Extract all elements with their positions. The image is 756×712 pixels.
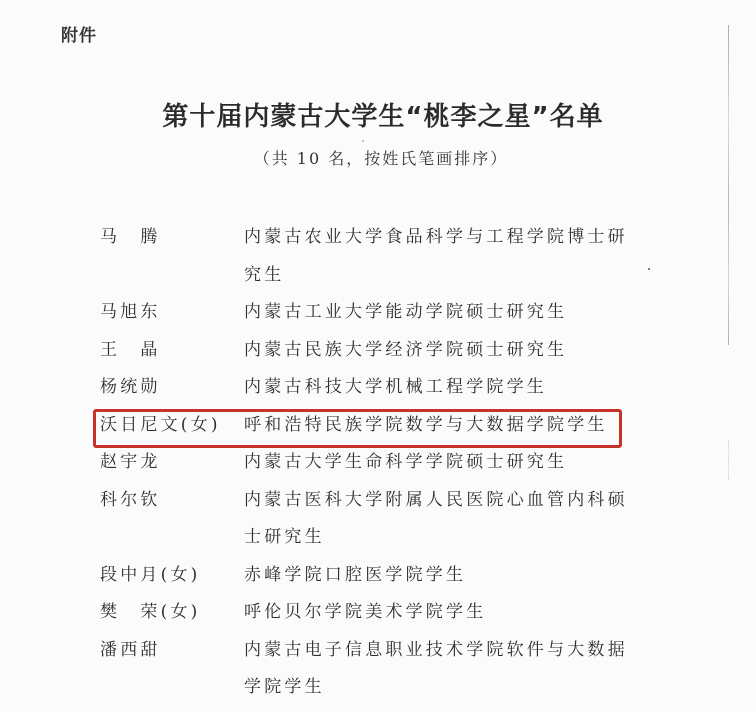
list-item: 马旭东 内蒙古工业大学能动学院硕士研究生 xyxy=(100,294,660,332)
entry-name: 王 晶 xyxy=(100,332,244,370)
winner-list: 马 腾 内蒙古农业大学食品科学与工程学院博士研究生 马旭东 内蒙古工业大学能动学… xyxy=(100,219,660,707)
page-edge-line xyxy=(728,440,729,480)
list-item: 科尔钦 内蒙古医科大学附属人民医院心血管内科硕士研究生 xyxy=(100,482,660,557)
entry-name: 杨统勋 xyxy=(100,369,244,407)
list-item: 赵宇龙 内蒙古大学生命科学学院硕士研究生 xyxy=(100,444,660,482)
entry-affiliation: 内蒙古大学生命科学学院硕士研究生 xyxy=(244,444,639,482)
document-subtitle: （共 10 名，按姓氏笔画排序） xyxy=(0,146,756,169)
entry-name: 潘西甜 xyxy=(100,632,244,707)
entry-name: 赵宇龙 xyxy=(100,444,244,482)
list-item: 樊 荣(女) 呼伦贝尔学院美术学院学生 xyxy=(100,594,660,632)
document-title: 第十届内蒙古大学生“桃李之星”名单 xyxy=(0,96,756,133)
list-item: 马 腾 内蒙古农业大学食品科学与工程学院博士研究生 xyxy=(100,219,660,294)
entry-affiliation: 内蒙古民族大学经济学院硕士研究生 xyxy=(244,332,639,370)
page-edge-line xyxy=(728,25,729,345)
scan-speck xyxy=(648,268,650,270)
entry-name: 段中月(女) xyxy=(100,557,244,595)
scan-speck xyxy=(362,140,364,142)
entry-name: 沃日尼文(女) xyxy=(100,407,244,445)
highlighted-list-item: 沃日尼文(女) 呼和浩特民族学院数学与大数据学院学生 xyxy=(100,407,660,445)
list-item: 杨统勋 内蒙古科技大学机械工程学院学生 xyxy=(100,369,660,407)
entry-affiliation: 内蒙古科技大学机械工程学院学生 xyxy=(244,369,639,407)
entry-name: 科尔钦 xyxy=(100,482,244,557)
attachment-label: 附件 xyxy=(61,21,97,46)
entry-affiliation: 内蒙古医科大学附属人民医院心血管内科硕士研究生 xyxy=(244,482,639,557)
entry-affiliation: 内蒙古电子信息职业技术学院软件与大数据学院学生 xyxy=(244,632,639,707)
list-item: 段中月(女) 赤峰学院口腔医学院学生 xyxy=(100,557,660,595)
entry-name: 樊 荣(女) xyxy=(100,594,244,632)
entry-affiliation: 呼和浩特民族学院数学与大数据学院学生 xyxy=(244,407,639,445)
list-item: 王 晶 内蒙古民族大学经济学院硕士研究生 xyxy=(100,332,660,370)
entry-affiliation: 内蒙古农业大学食品科学与工程学院博士研究生 xyxy=(244,219,639,294)
entry-affiliation: 内蒙古工业大学能动学院硕士研究生 xyxy=(244,294,639,332)
entry-name: 马 腾 xyxy=(100,219,244,294)
entry-name: 马旭东 xyxy=(100,294,244,332)
entry-affiliation: 呼伦贝尔学院美术学院学生 xyxy=(244,594,639,632)
entry-affiliation: 赤峰学院口腔医学院学生 xyxy=(244,557,639,595)
document-page: 附件 第十届内蒙古大学生“桃李之星”名单 （共 10 名，按姓氏笔画排序） 马 … xyxy=(0,0,756,712)
list-item: 潘西甜 内蒙古电子信息职业技术学院软件与大数据学院学生 xyxy=(100,632,660,707)
